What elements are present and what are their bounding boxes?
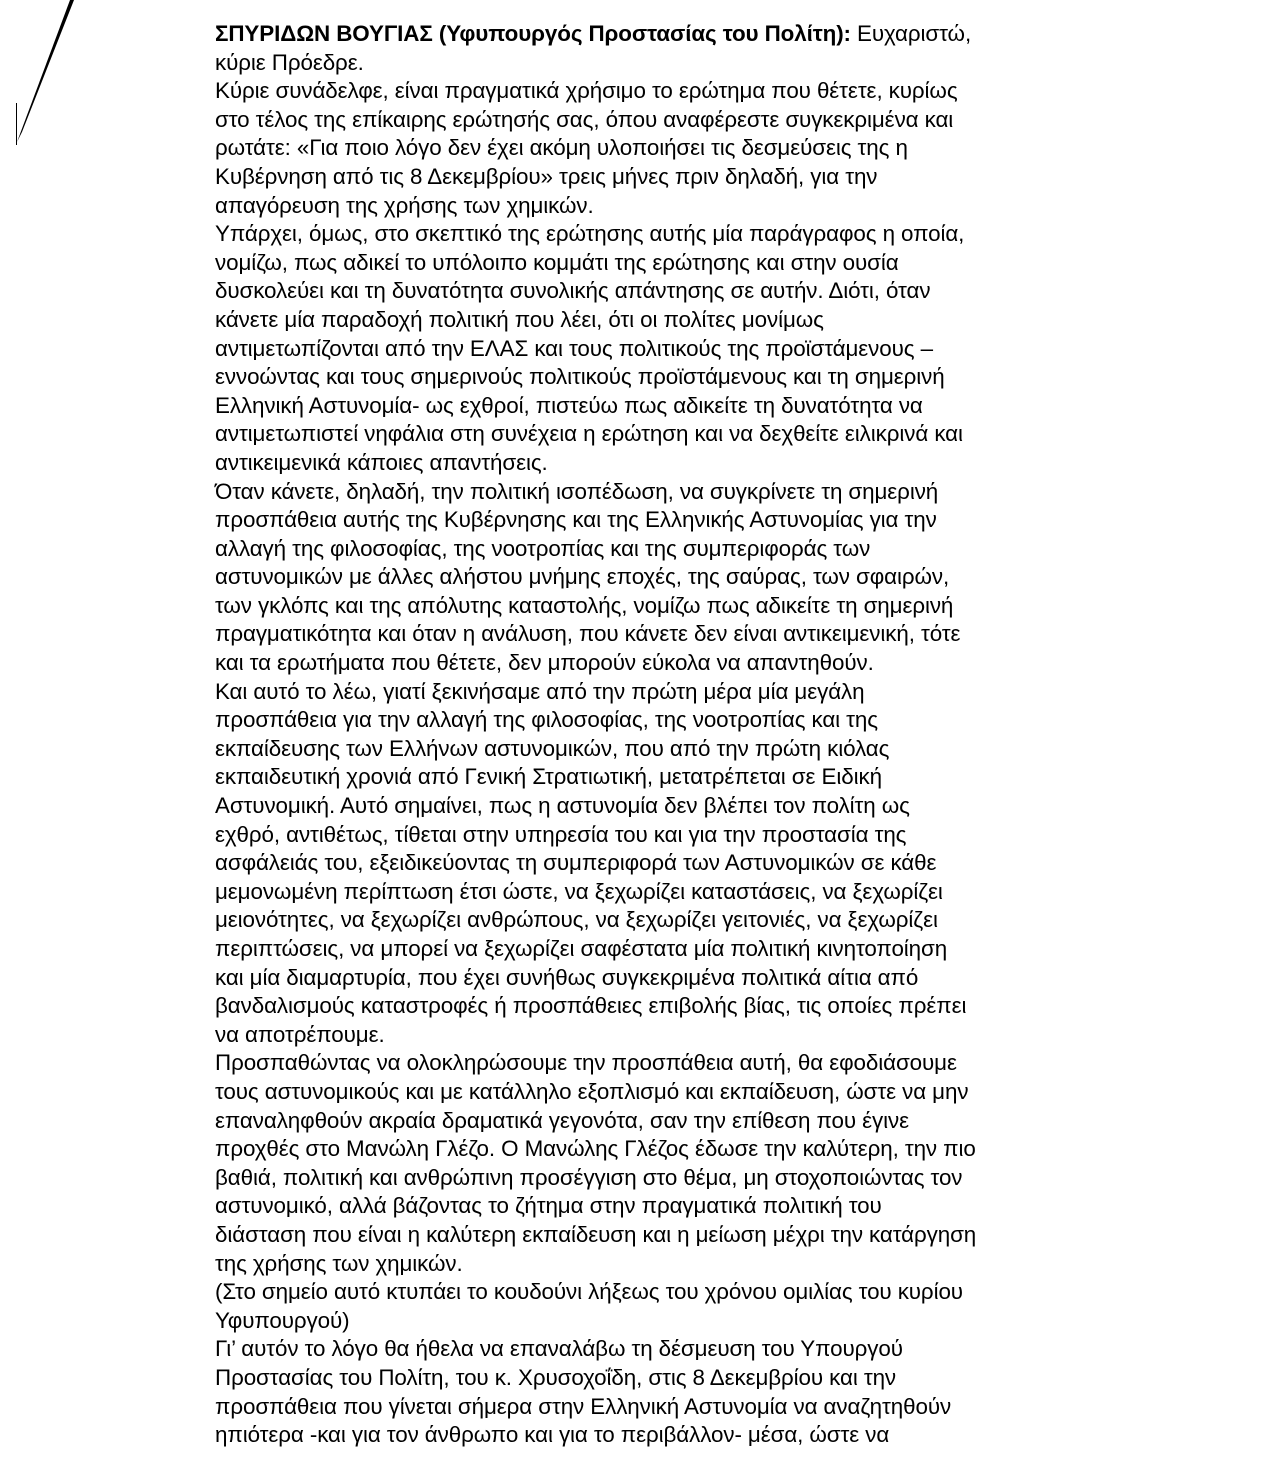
text-line: Γι’ αυτόν το λόγο θα ήθελα να επαναλάβω … [215, 1335, 1095, 1364]
text-line: αστυνομικό, αλλά βάζοντας το ζήτημα στην… [215, 1192, 1095, 1221]
document-body: ΣΠΥΡΙΔΩΝ ΒΟΥΓΙΑΣ (Υφυπουργός Προστασίας … [215, 20, 1095, 1450]
text-line: εκπαίδευσης των Ελλήνων αστυνομικών, που… [215, 735, 1095, 764]
text-line: κάνετε μία παραδοχή πολιτική που λέει, ό… [215, 306, 1095, 335]
text-line: προσπάθεια που γίνεται σήμερα στην Ελλην… [215, 1393, 1095, 1422]
speaker-line-rest: Ευχαριστώ, [851, 21, 971, 46]
text-line: Υπάρχει, όμως, στο σκεπτικό της ερώτησης… [215, 220, 1095, 249]
text-line: επαναληφθούν ακραία δραματικά γεγονότα, … [215, 1107, 1095, 1136]
text-line: μεμονωμένη περίπτωση έτσι ώστε, να ξεχωρ… [215, 878, 1095, 907]
text-line: προσπάθεια για την αλλαγή της φιλοσοφίας… [215, 706, 1095, 735]
text-line: αντιμετωπίζονται από την ΕΛΑΣ και τους π… [215, 335, 1095, 364]
text-line: της χρήσης των χημικών. [215, 1250, 1095, 1279]
text-line: κύριε Πρόεδρε. [215, 49, 1095, 78]
text-line: Κύριε συνάδελφε, είναι πραγματικά χρήσιμ… [215, 77, 1095, 106]
text-line: διάσταση που είναι η καλύτερη εκπαίδευση… [215, 1221, 1095, 1250]
text-line: αντιμετωπιστεί νηφάλια στη συνέχεια η ερ… [215, 420, 1095, 449]
text-line: Όταν κάνετε, δηλαδή, την πολιτική ισοπέδ… [215, 478, 1095, 507]
text-line: Ελληνική Αστυνομία- ως εχθροί, πιστεύω π… [215, 392, 1095, 421]
text-line: να αποτρέπουμε. [215, 1021, 1095, 1050]
text-line: πραγματικότητα και όταν η ανάλυση, που κ… [215, 620, 1095, 649]
text-line: αντικειμενικά κάποιες απαντήσεις. [215, 449, 1095, 478]
text-line: εκπαιδευτική χρονιά από Γενική Στρατιωτι… [215, 763, 1095, 792]
text-line: και μία διαμαρτυρία, που έχει συνήθως συ… [215, 964, 1095, 993]
text-line: βαθιά, πολιτική και ανθρώπινη προσέγγιση… [215, 1164, 1095, 1193]
text-line: προχθές στο Μανώλη Γλέζο. Ο Μανώλης Γλέζ… [215, 1135, 1095, 1164]
speaker-line: ΣΠΥΡΙΔΩΝ ΒΟΥΓΙΑΣ (Υφυπουργός Προστασίας … [215, 20, 1095, 49]
text-line: βανδαλισμούς καταστροφές ή προσπάθειες ε… [215, 992, 1095, 1021]
speaker-name: ΣΠΥΡΙΔΩΝ ΒΟΥΓΙΑΣ (Υφυπουργός Προστασίας … [215, 21, 851, 46]
text-line: Υφυπουργού) [215, 1307, 1095, 1336]
text-line: ασφάλειάς του, εξειδικεύοντας τη συμπερι… [215, 849, 1095, 878]
text-line: (Στο σημείο αυτό κτυπάει το κουδούνι λήξ… [215, 1278, 1095, 1307]
text-line: αστυνομικών με άλλες αλήστου μνήμης εποχ… [215, 563, 1095, 592]
text-line: αλλαγή της φιλοσοφίας, της νοοτροπίας κα… [215, 535, 1095, 564]
text-line: ηπιότερα -και για τον άνθρωπο και για το… [215, 1421, 1095, 1450]
text-line: εχθρό, αντιθέτως, τίθεται στην υπηρεσία … [215, 821, 1095, 850]
pen-stroke-mark [0, 0, 90, 160]
text-line: Κυβέρνηση από τις 8 Δεκεμβρίου» τρεις μή… [215, 163, 1095, 192]
text-line: στο τέλος της επίκαιρης ερώτησής σας, όπ… [215, 106, 1095, 135]
text-line: Αστυνομική. Αυτό σημαίνει, πως η αστυνομ… [215, 792, 1095, 821]
text-line: Προστασίας του Πολίτη, του κ. Χρυσοχοΐδη… [215, 1364, 1095, 1393]
text-line: εννοώντας και τους σημερινούς πολιτικούς… [215, 363, 1095, 392]
text-line: νομίζω, πως αδικεί το υπόλοιπο κομμάτι τ… [215, 249, 1095, 278]
text-line: δυσκολεύει και τη δυνατότητα συνολικής α… [215, 277, 1095, 306]
text-line: περιπτώσεις, να μπορεί να ξεχωρίζει σαφέ… [215, 935, 1095, 964]
text-line: τους αστυνομικούς και με κατάλληλο εξοπλ… [215, 1078, 1095, 1107]
text-line: μειονότητες, να ξεχωρίζει ανθρώπους, να … [215, 906, 1095, 935]
text-line: και τα ερωτήματα που θέτετε, δεν μπορούν… [215, 649, 1095, 678]
text-line: προσπάθεια αυτής της Κυβέρνησης και της … [215, 506, 1095, 535]
text-line: ρωτάτε: «Για ποιο λόγο δεν έχει ακόμη υλ… [215, 134, 1095, 163]
text-line: Και αυτό το λέω, γιατί ξεκινήσαμε από τη… [215, 678, 1095, 707]
text-line: απαγόρευση της χρήσης των χημικών. [215, 192, 1095, 221]
text-line: των γκλόπς και της απόλυτης καταστολής, … [215, 592, 1095, 621]
text-line: Προσπαθώντας να ολοκληρώσουμε την προσπά… [215, 1049, 1095, 1078]
